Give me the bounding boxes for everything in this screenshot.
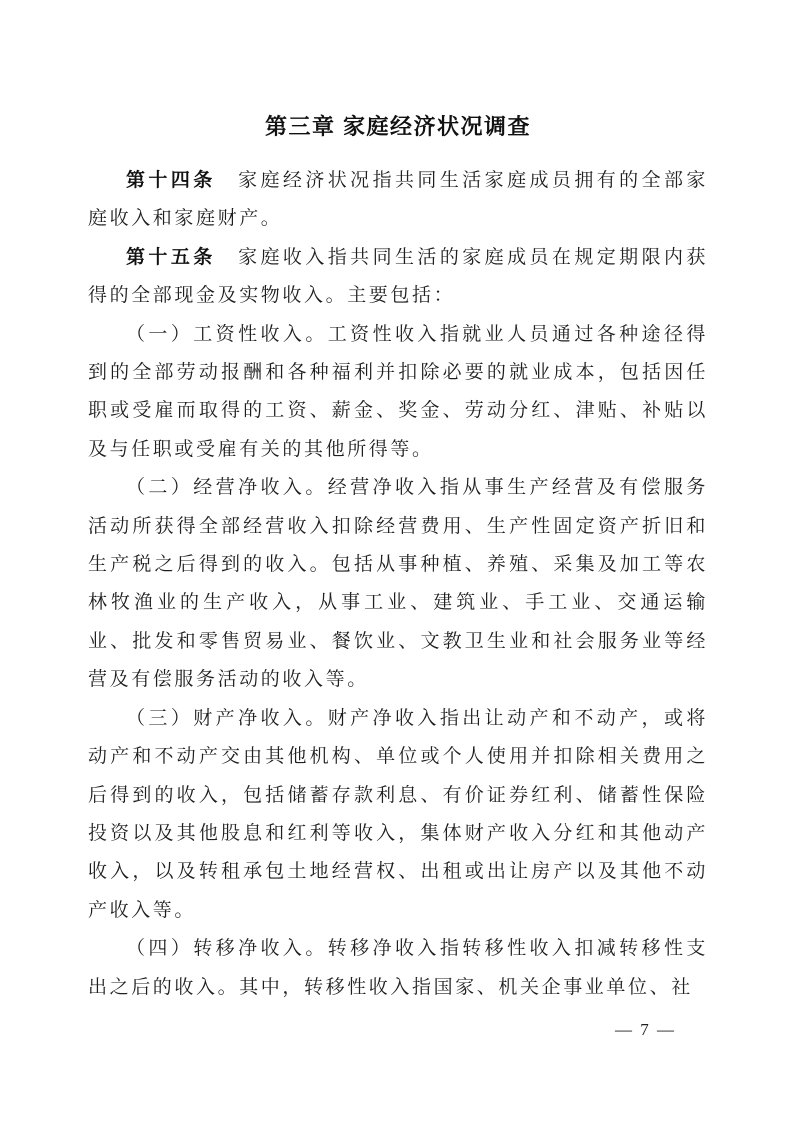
item-3-property-income-text: （三）财产净收入。财产净收入指出让动产和不动产，或将动产和不动产交由其他机构、单… bbox=[88, 708, 708, 921]
article-15-label: 第十五条 bbox=[126, 247, 216, 268]
item-2-business-income-text: （二）经营净收入。经营净收入指从事生产经营及有偿服务活动所获得全部经营收入扣除经… bbox=[88, 477, 708, 690]
item-1-wage-income-paragraph: （一）工资性收入。工资性收入指就业人员通过各种途径得到的全部劳动报酬和各种福利并… bbox=[88, 316, 708, 470]
item-4-transfer-income-paragraph: （四）转移净收入。转移净收入指转移性收入扣减转移性支出之后的收入。其中，转移性收… bbox=[88, 930, 708, 1007]
document-body: { "document": { "chapter_title": "第三章 家庭… bbox=[0, 0, 794, 1123]
item-2-business-income-paragraph: （二）经营净收入。经营净收入指从事生产经营及有偿服务活动所获得全部经营收入扣除经… bbox=[88, 469, 708, 699]
document-content: 第三章 家庭经济状况调查 第十四条 家庭经济状况指共同生活家庭成员拥有的全部家庭… bbox=[88, 112, 708, 1007]
item-1-wage-income-text: （一）工资性收入。工资性收入指就业人员通过各种途径得到的全部劳动报酬和各种福利并… bbox=[88, 324, 708, 460]
article-14-label: 第十四条 bbox=[126, 170, 216, 191]
document-page: 第三章 家庭经济状况调查 第十四条 家庭经济状况指共同生活家庭成员拥有的全部家庭… bbox=[0, 0, 794, 1123]
article-15-paragraph: 第十五条 家庭收入指共同生活的家庭成员在规定期限内获得的全部现金及实物收入。主要… bbox=[88, 239, 708, 316]
item-3-property-income-paragraph: （三）财产净收入。财产净收入指出让动产和不动产，或将动产和不动产交由其他机构、单… bbox=[88, 700, 708, 930]
item-4-transfer-income-text: （四）转移净收入。转移净收入指转移性收入扣减转移性支出之后的收入。其中，转移性收… bbox=[88, 938, 708, 997]
article-14-paragraph: 第十四条 家庭经济状况指共同生活家庭成员拥有的全部家庭收入和家庭财产。 bbox=[88, 162, 708, 239]
page-number: — 7 — bbox=[615, 1018, 676, 1042]
chapter-title: 第三章 家庭经济状况调查 bbox=[88, 112, 708, 142]
